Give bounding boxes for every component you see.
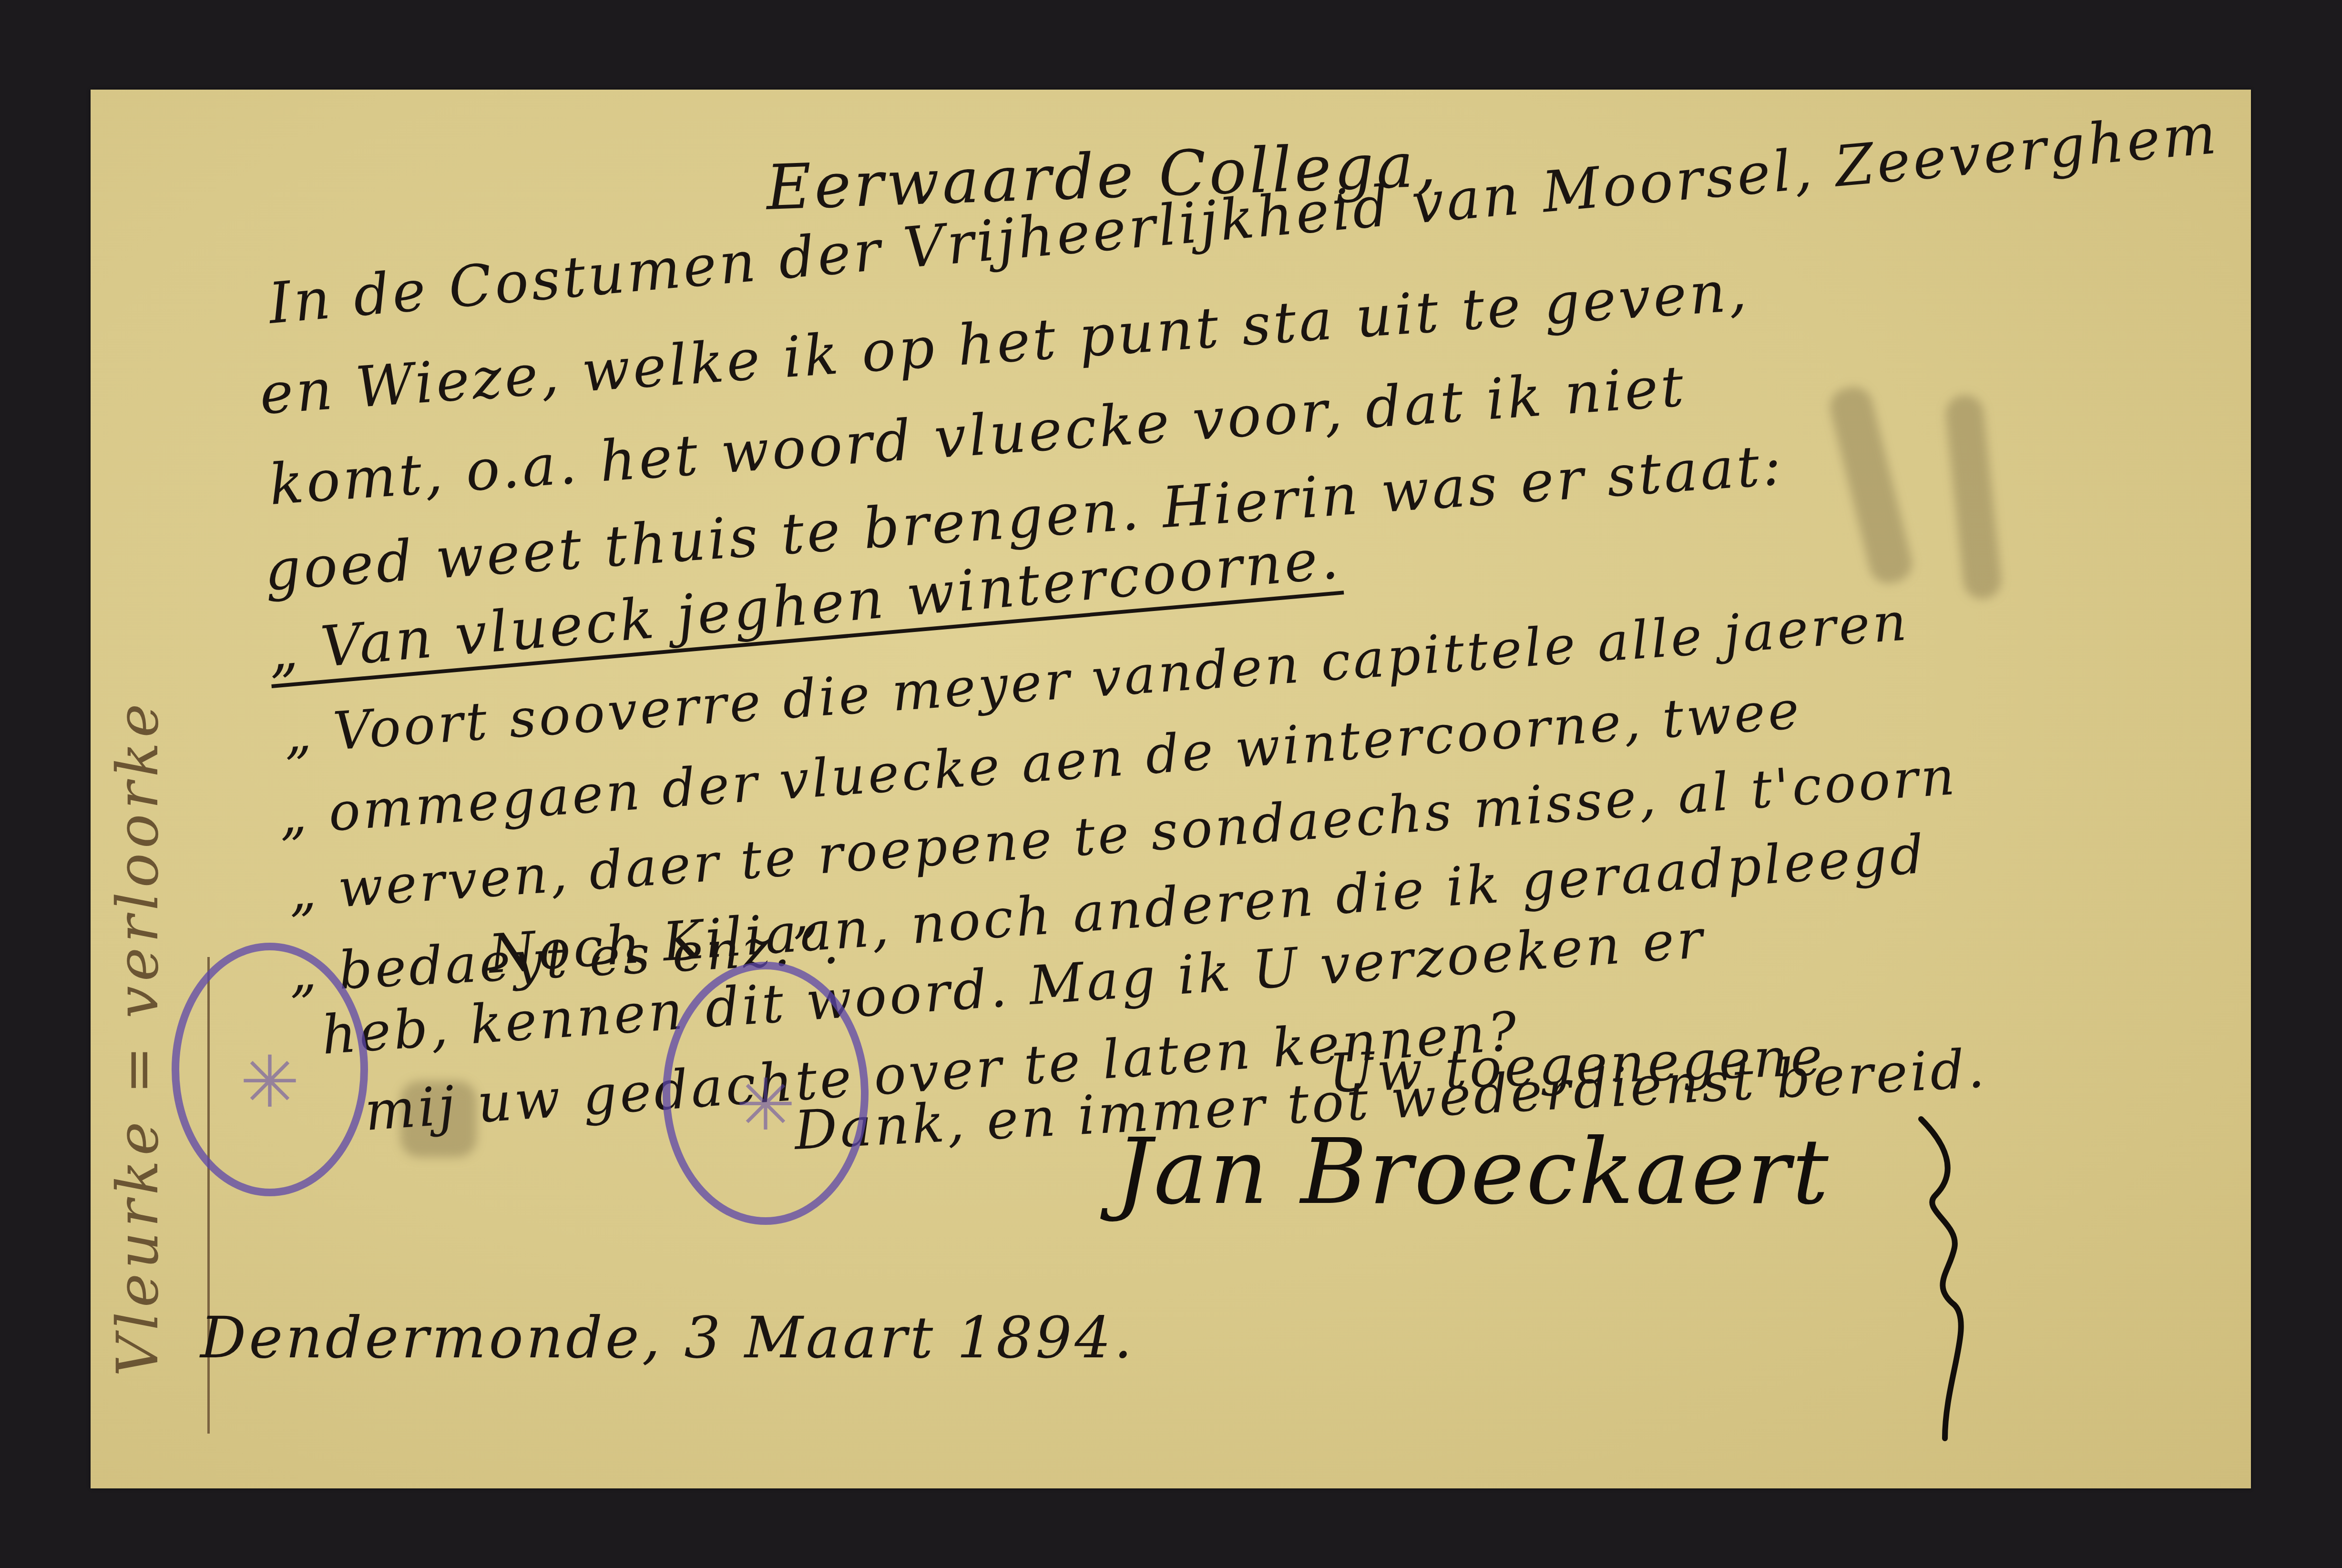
stamp-emblem-icon: ✳ [670, 1064, 861, 1147]
stamp-emblem-icon: ✳ [179, 1041, 360, 1124]
margin-note: Vleurke = verloorke [105, 699, 171, 1376]
place-date: Dendermonde, 3 Maart 1894. [200, 1305, 1135, 1371]
signature-flourish [1902, 1114, 2026, 1448]
ink-smudge [1826, 383, 1916, 587]
signature: Jan Broeckaert [1115, 1119, 1831, 1224]
postcard: Vleurke = verloorke Eerwaarde Collega, I… [91, 90, 2251, 1488]
ink-smudge [1944, 393, 2004, 601]
postmark-stamp-right: ✳ [663, 962, 869, 1225]
postmark-stamp-left: ✳ [172, 943, 368, 1196]
